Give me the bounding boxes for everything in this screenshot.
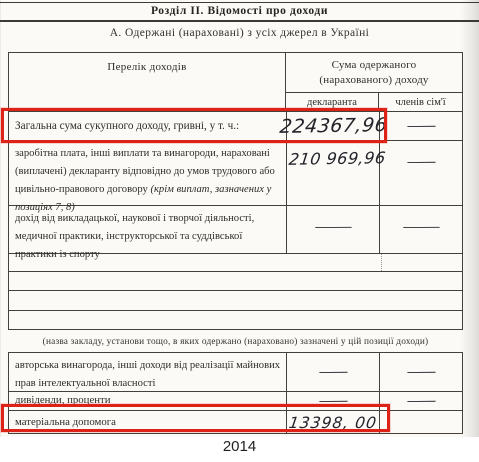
row-royalty-family-dash: — xyxy=(405,364,437,379)
row-royalty-declarant-dash: — xyxy=(317,364,349,379)
row-royalty-label: авторська винагорода, інші доходи від ре… xyxy=(15,360,280,389)
blank-writing-line xyxy=(9,291,462,311)
header-sum-received: Сума одержаного (нарахованого) доходу xyxy=(286,53,462,93)
income-declaration-scan: Розділ II. Відомості про доходи А. Одерж… xyxy=(0,0,479,462)
row-dividends: дивіденди, проценти — — xyxy=(9,392,462,411)
section-subtitle: А. Одержані (нараховані) з усіх джерел в… xyxy=(0,27,479,39)
row-dividends-label: дивіденди, проценти xyxy=(15,394,111,408)
top-rule xyxy=(0,2,479,3)
income-table-header: Перелік доходів Сума одержаного (нарахов… xyxy=(9,53,462,112)
blank-writing-line xyxy=(9,311,462,331)
row-material-aid-declarant-value: 13398, 00 xyxy=(288,414,378,432)
year-caption: 2014 xyxy=(0,438,479,455)
header-declarant: декларанта xyxy=(286,93,379,111)
row-dividends-declarant-dash: — xyxy=(317,393,349,408)
header-sum-group: Сума одержаного (нарахованого) доходу де… xyxy=(286,53,462,111)
header-sum-subcolumns: декларанта членів сім'ї xyxy=(286,93,462,111)
row-salary: заробітна плата, інші виплати та винагор… xyxy=(9,141,462,206)
header-income-list: Перелік доходів xyxy=(9,53,286,111)
blank-writing-line xyxy=(9,254,462,272)
row-salary-declarant-value: 210 969,96 xyxy=(288,148,387,169)
row-salary-label: заробітна плата, інші виплати та винагор… xyxy=(15,148,275,213)
row-teaching-income: дохід від викладацької, наукової і творч… xyxy=(9,206,462,254)
income-table: Перелік доходів Сума одержаного (нарахов… xyxy=(8,52,463,330)
row-total-income: Загальна сума сукупного доходу, гривні, … xyxy=(9,112,462,141)
row-salary-family-dash: — xyxy=(405,155,437,170)
title-rule xyxy=(0,20,479,22)
row-total-family-dash: — xyxy=(405,118,437,133)
row-total-label: Загальна сума сукупного доходу, гривні, … xyxy=(15,119,239,133)
row-total-declarant-value: 224367,96 xyxy=(278,114,388,138)
row-material-aid-label: матеріальна допомога xyxy=(15,416,116,430)
row-material-aid: матеріальна допомога 13398, 00 xyxy=(9,411,462,434)
institution-caption: (назва закладу, установи тощо, в яких од… xyxy=(0,337,471,347)
row-royalty: авторська винагорода, інші доходи від ре… xyxy=(9,353,462,392)
section-title: Розділ II. Відомості про доходи xyxy=(0,5,479,17)
header-family-members: членів сім'ї xyxy=(379,93,462,111)
row-dividends-family-dash: — xyxy=(405,393,437,408)
other-income-table: авторська винагорода, інші доходи від ре… xyxy=(8,352,463,434)
blank-writing-line xyxy=(9,272,462,291)
row-teaching-declarant-dash: — xyxy=(313,220,354,235)
row-teaching-family-dash: — xyxy=(401,220,442,235)
column-divider-faint xyxy=(381,254,382,271)
row-teaching-label: дохід від викладацької, наукової і творч… xyxy=(15,213,254,260)
